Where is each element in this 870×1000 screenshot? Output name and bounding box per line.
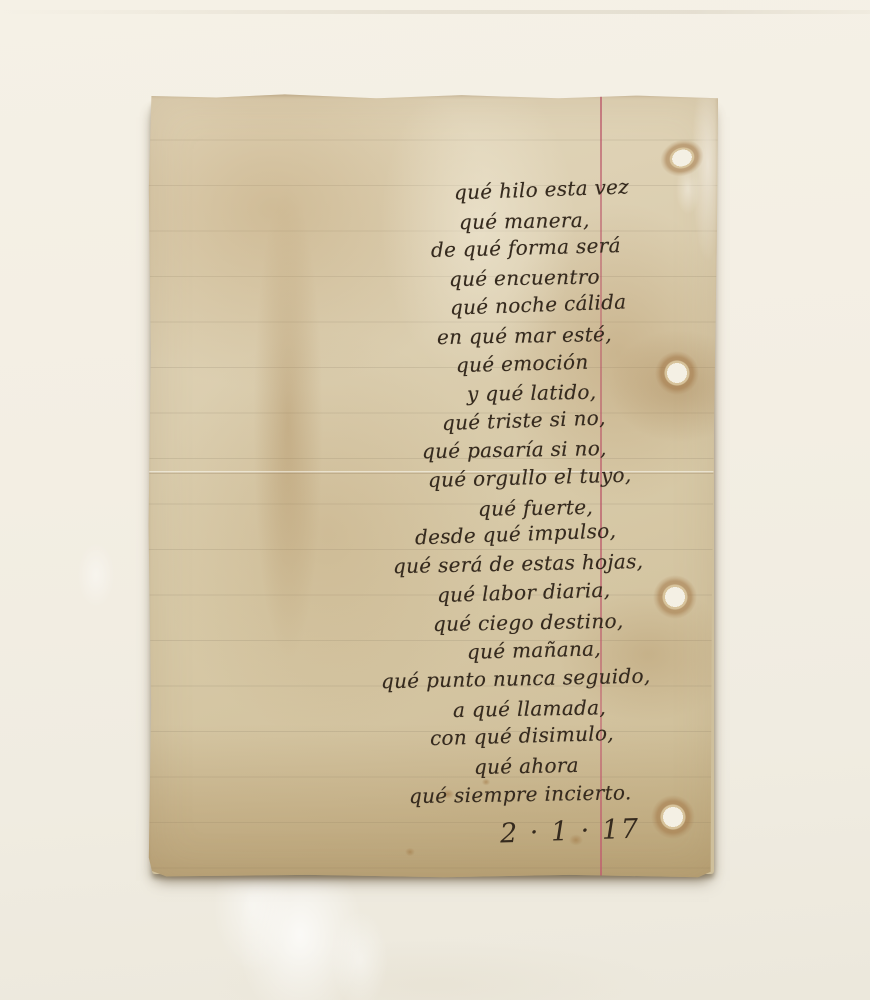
poem-line: qué orgullo el tuyo,	[428, 461, 632, 495]
wall-seam	[0, 10, 870, 14]
poem-line: qué ahora	[473, 751, 578, 782]
poem-line: qué hilo esta vez	[454, 172, 630, 207]
poem-line: qué labor diaria,	[437, 576, 611, 610]
poem-line: qué triste si no,	[442, 403, 607, 437]
poem-line: de qué forma será	[431, 231, 621, 265]
poem-line: con qué disimulo,	[430, 719, 615, 753]
poem-line: en qué mar esté,	[436, 320, 611, 352]
poem-line: qué siempre incierto.	[408, 778, 631, 811]
paper-sheet: qué hilo esta vez qué manera, de qué for…	[148, 94, 718, 878]
poem-line: qué emoción	[455, 348, 588, 380]
poem-date: 2 · 1 · 17	[500, 814, 641, 850]
poem-line: qué noche cálida	[449, 287, 626, 322]
poem-line: qué punto nunca seguido,	[381, 662, 651, 696]
photo-wall: qué hilo esta vez qué manera, de qué for…	[0, 0, 870, 1000]
poem-line: qué mañana,	[467, 635, 602, 667]
poem-line: qué ciego destino,	[432, 606, 623, 638]
poem-text: qué hilo esta vez qué manera, de qué for…	[388, 179, 668, 810]
